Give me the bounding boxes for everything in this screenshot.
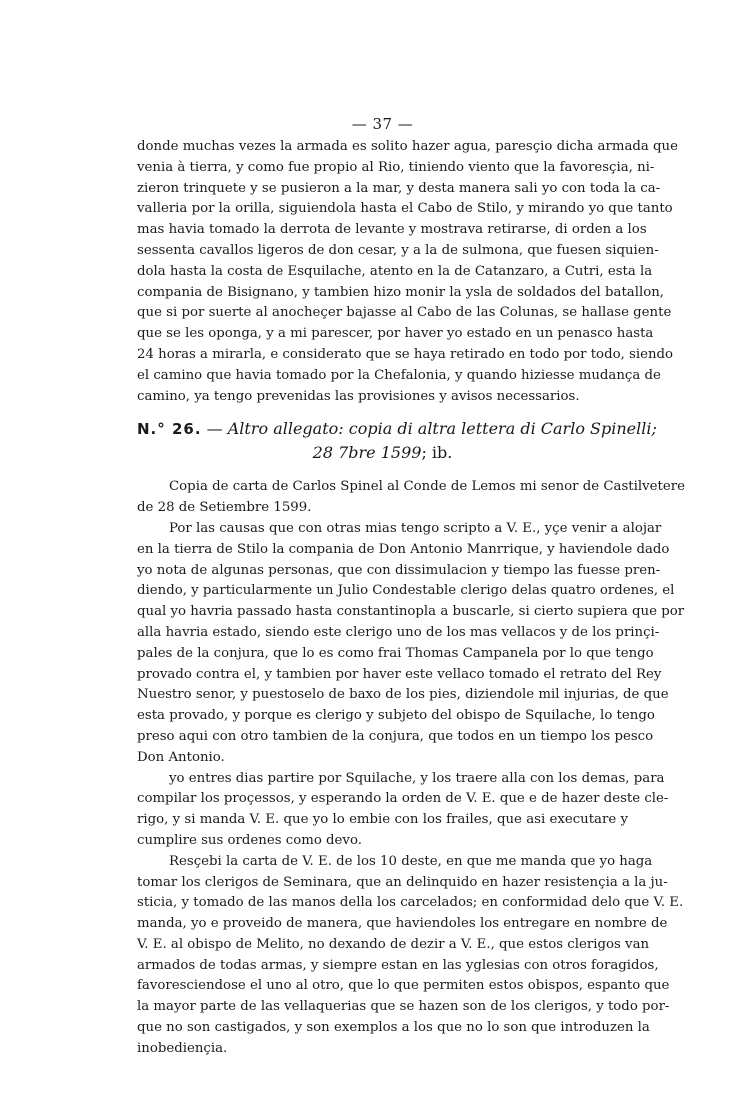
document-page: — 37 — donde muchas vezes la armada es s…: [137, 115, 628, 1060]
section-heading: N.° 26. — Altro allegato: copia di altra…: [137, 417, 628, 465]
text-line: tomar los clerigos de Seminara, que an d…: [137, 873, 628, 894]
paragraph-3: Resçebi la carta de V. E. de los 10 dest…: [137, 852, 628, 1060]
text-line: preso aqui con otro tambien de la conjur…: [137, 727, 628, 748]
text-line: dola hasta la costa de Esquilache, atent…: [137, 262, 628, 283]
text-line: sticia, y tomado de las manos della los …: [137, 893, 628, 914]
text-line: manda, yo e proveido de manera, que havi…: [137, 914, 628, 935]
text-line: Copia de carta de Carlos Spinel al Conde…: [137, 477, 628, 498]
paragraph-1: Por las causas que con otras mias tengo …: [137, 519, 628, 769]
text-line: sessenta cavallos ligeros de don cesar, …: [137, 241, 628, 262]
text-line: compilar los proçessos, y esperando la o…: [137, 789, 628, 810]
text-line: 24 horas a mirarla, e considerato que se…: [137, 345, 628, 366]
heading-dash: —: [202, 419, 228, 438]
text-line: pales de la conjura, que lo es como frai…: [137, 644, 628, 665]
text-line: que no son castigados, y son exemplos a …: [137, 1018, 628, 1039]
text-line: Por las causas que con otras mias tengo …: [137, 519, 628, 540]
intro-paragraph: Copia de carta de Carlos Spinel al Conde…: [137, 477, 628, 519]
text-line: valleria por la orilla, siguiendola hast…: [137, 199, 628, 220]
text-line: qual yo havria passado hasta constantino…: [137, 602, 628, 623]
text-line: camino, ya tengo prevenidas las provisio…: [137, 387, 628, 408]
text-line: Resçebi la carta de V. E. de los 10 dest…: [137, 852, 628, 873]
heading-suffix: ; ib.: [421, 443, 452, 462]
text-line: de 28 de Setiembre 1599.: [137, 498, 628, 519]
page-number: — 37 —: [137, 115, 628, 133]
text-line: V. E. al obispo de Melito, no dexando de…: [137, 935, 628, 956]
text-line: Don Antonio.: [137, 748, 628, 769]
text-line: que si por suerte al anocheçer bajasse a…: [137, 303, 628, 324]
text-line: zieron trinquete y se pusieron a la mar,…: [137, 179, 628, 200]
text-line: diendo, y particularmente un Julio Conde…: [137, 581, 628, 602]
text-line: favoresciendose el uno al otro, que lo q…: [137, 976, 628, 997]
text-line: inobediençia.: [137, 1039, 628, 1060]
text-line: armados de todas armas, y siempre estan …: [137, 956, 628, 977]
text-line: Nuestro senor, y puestoselo de baxo de l…: [137, 685, 628, 706]
text-line: en la tierra de Stilo la compania de Don…: [137, 540, 628, 561]
heading-line-1: N.° 26. — Altro allegato: copia di altra…: [137, 417, 628, 441]
text-line: compania de Bisignano, y tambien hizo mo…: [137, 283, 628, 304]
text-line: yo nota de algunas personas, que con dis…: [137, 561, 628, 582]
paragraph-2: yo entres dias partire por Squilache, y …: [137, 769, 628, 852]
text-line: donde muchas vezes la armada es solito h…: [137, 137, 628, 158]
heading-date: 28 7bre 1599: [313, 443, 422, 462]
document-number: N.° 26.: [137, 420, 202, 438]
text-line: rigo, y si manda V. E. que yo lo embie c…: [137, 810, 628, 831]
text-line: la mayor parte de las vellaquerias que s…: [137, 997, 628, 1018]
text-block-continuation: donde muchas vezes la armada es solito h…: [137, 137, 628, 407]
text-line: que se les oponga, y a mi parescer, por …: [137, 324, 628, 345]
text-line: cumplire sus ordenes como devo.: [137, 831, 628, 852]
text-line: venia à tierra, y como fue propio al Rio…: [137, 158, 628, 179]
text-line: provado contra el, y tambien por haver e…: [137, 665, 628, 686]
text-line: alla havria estado, siendo este clerigo …: [137, 623, 628, 644]
heading-title: Altro allegato: copia di altra lettera d…: [228, 419, 657, 438]
text-line: esta provado, y porque es clerigo y subj…: [137, 706, 628, 727]
text-line: yo entres dias partire por Squilache, y …: [137, 769, 628, 790]
heading-line-2: 28 7bre 1599; ib.: [137, 441, 628, 465]
text-line: mas havia tomado la derrota de levante y…: [137, 220, 628, 241]
text-line: el camino que havia tomado por la Chefal…: [137, 366, 628, 387]
